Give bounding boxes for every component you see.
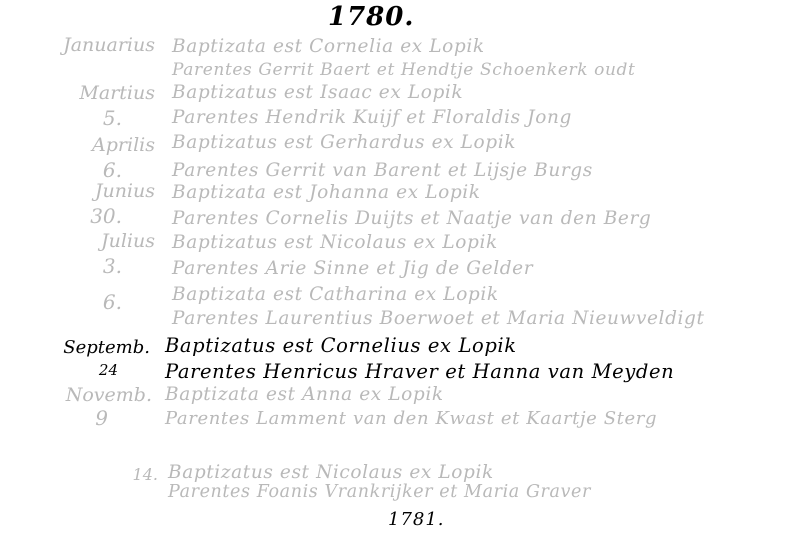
parents-line: Parentes Cornelis Duijts et Naatje van d… bbox=[172, 208, 651, 229]
baptism-line: Baptizatus est Nicolaus ex Lopik bbox=[172, 232, 498, 253]
entry-day: 3. bbox=[0, 254, 122, 278]
baptism-line: Baptizatus est Cornelius ex Lopik bbox=[165, 334, 517, 357]
entry-day: 5. bbox=[0, 106, 122, 130]
parents-line: Parentes Hendrik Kuijf et Floraldis Jong bbox=[172, 107, 572, 128]
baptism-text: Baptizata est Cornelia ex Lopik bbox=[172, 36, 485, 57]
baptism-line: Baptizata est Anna ex Lopik bbox=[165, 384, 444, 405]
entry-day: 14. bbox=[0, 465, 158, 484]
entry-month: Septemb. bbox=[0, 337, 150, 358]
entry-day: 24 bbox=[0, 361, 118, 379]
entry-month: Martius bbox=[0, 82, 155, 104]
parents-line: Parentes Laurentius Boerwoet et Maria Ni… bbox=[172, 308, 705, 329]
parents-line: Parentes Foanis Vrankrijker et Maria Gra… bbox=[168, 482, 591, 502]
entry-day: 6. bbox=[0, 290, 122, 314]
baptism-line: Baptizatus est Nicolaus ex Lopik bbox=[168, 462, 494, 483]
entry-month: Aprilis bbox=[0, 134, 155, 156]
parents-line: Parentes Gerrit van Barent et Lijsje Bur… bbox=[172, 160, 593, 181]
parents-line: Parentes Arie Sinne et Jig de Gelder bbox=[172, 258, 533, 279]
entry-month: Julius bbox=[0, 230, 155, 252]
parents-line: Parentes Gerrit Baert et Hendtje Schoenk… bbox=[172, 60, 635, 80]
parents-line: Parentes Lamment van den Kwast et Kaartj… bbox=[165, 408, 657, 429]
entry-day: 9 bbox=[0, 406, 108, 430]
register-page: 1780. Januarius Baptizata est Cornelia e… bbox=[0, 0, 800, 533]
baptism-line: Baptizata est Johanna ex Lopik bbox=[172, 182, 481, 203]
year-footer: 1781. bbox=[388, 509, 445, 530]
entry-month: Januarius bbox=[0, 34, 155, 56]
year-header: 1780. bbox=[328, 2, 414, 32]
entry-day: 30. bbox=[0, 204, 122, 228]
entry-month: Novemb. bbox=[0, 384, 152, 406]
baptism-line: Baptizatus est Gerhardus ex Lopik bbox=[172, 132, 516, 153]
parents-line: Parentes Henricus Hraver et Hanna van Me… bbox=[165, 360, 674, 383]
entry-day: 6. bbox=[0, 158, 122, 182]
entry-month: Junius bbox=[0, 180, 155, 202]
baptism-line: Baptizatus est Isaac ex Lopik bbox=[172, 82, 463, 103]
baptism-line: Baptizata est Cornelia ex Lopik bbox=[172, 36, 485, 57]
baptism-line: Baptizata est Catharina ex Lopik bbox=[172, 284, 499, 305]
